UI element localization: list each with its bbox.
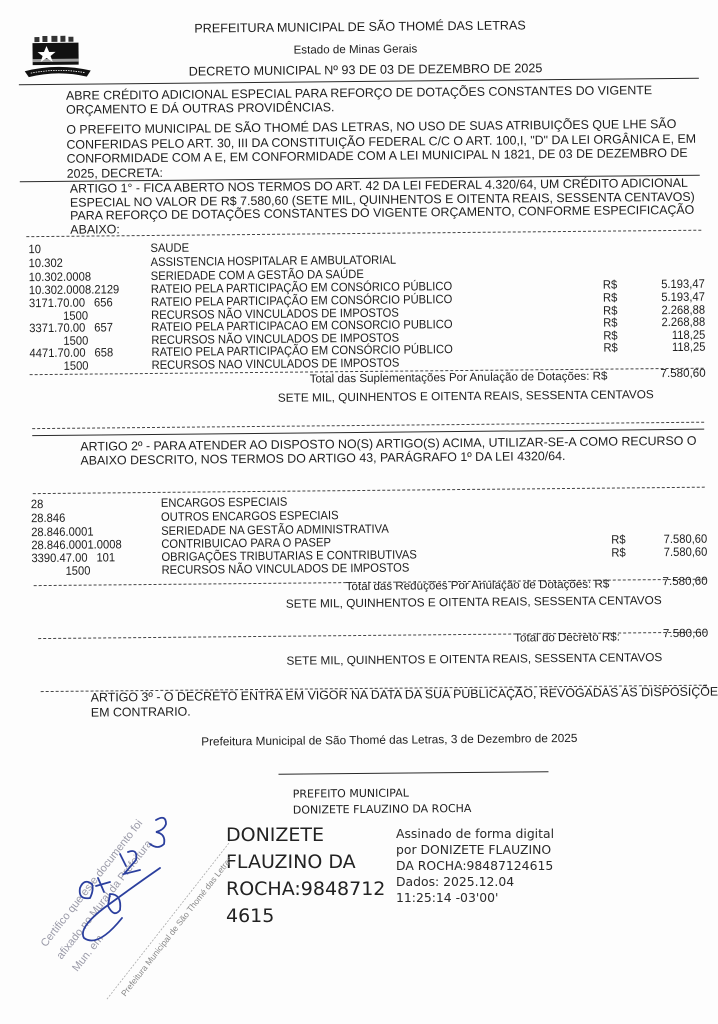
row-currency: R$ [611,545,625,559]
row-description: RECURSOS NÃO VINCULADOS DE IMPOSTOS [161,560,409,576]
supplementation-total-words: SETE MIL, QUINHENTOS E OITENTA REAIS, SE… [278,387,654,405]
row-code: 1500 [63,359,88,373]
article-2-divider [33,487,705,494]
decree-intro: O PREFEITO MUNICIPAL DE SÃO THOMÉ DAS LE… [66,117,696,181]
signature-line [278,771,548,775]
section-divider [32,422,704,429]
article-3-text: ARTIGO 3º - O DECRETO ENTRA EM VIGOR NA … [91,684,718,720]
reduction-total-words: SETE MIL, QUINHENTOS E OITENTA REAIS, SE… [286,593,662,611]
row-code: 10.302 [29,256,63,270]
supplementation-total-label: Total das Suplementações Por Anulação de… [310,370,608,386]
digital-signature-name: DONIZETE FLAUZINO DA ROCHA:9848712 4615 [226,822,385,930]
decree-total-value: 7.580,60 [642,627,708,641]
reduction-total-label: Total das Reduções Por Anulação de Dotaç… [346,578,610,594]
row-code: 1500 [65,563,90,577]
row-code: 28.846.0001 [31,524,93,539]
row-value: 118,25 [645,340,706,355]
row-description: SERIEDADE NA GESTÃO ADMINISTRATIVA [161,521,389,537]
signer-name: DONIZETE FLAUZINO DA ROCHA [293,802,472,817]
row-code: 10.302.0008 [29,269,91,284]
decree-title: DECRETO MUNICIPAL Nº 93 DE 03 DE DEZEMBR… [189,61,543,78]
row-ref: 657 [94,321,113,335]
publication-stamp: Certifico que este documento foi afixado… [10,770,230,1000]
row-ref: 656 [94,295,113,309]
row-code: 10 [28,242,41,256]
supplementation-table: 10SAUDE10.302ASSISTENCIA HOSPITALAR E AM… [0,0,714,3]
place-and-date: Prefeitura Municipal de São Thomé das Le… [201,731,577,749]
signer-role: PREFEITO MUNICIPAL [293,787,409,801]
row-description: ENCARGOS ESPECIAIS [161,495,288,510]
row-ref: 101 [96,550,115,564]
row-description: RECURSOS NAO VINCULADOS DE IMPOSTOS [151,356,399,372]
row-currency: R$ [603,341,617,355]
row-description: SAUDE [150,241,189,255]
coat-of-arms-icon [22,35,92,82]
supplementation-total-value: 7.580,60 [640,367,706,381]
row-code: 28.846 [31,511,65,525]
reduction-total-value: 7.580,60 [642,575,708,589]
row-code: 28 [31,497,44,511]
decree-total-words: SETE MIL, QUINHENTOS E OITENTA REAIS, SE… [286,650,662,668]
reduction-table: 28ENCARGOS ESPECIAIS28.846OUTROS ENCARGO… [0,0,714,3]
decree-summary: ABRE CRÉDITO ADICIONAL ESPECIAL PARA REF… [66,83,652,117]
article-2-text: ARTIGO 2º - PARA ATENDER AO DISPOSTO NO(… [80,434,696,468]
municipality-title: PREFEITURA MUNICIPAL DE SÃO THOMÉ DAS LE… [194,18,526,35]
row-ref: 658 [94,346,113,360]
digital-signature-details: Assinado de forma digital por DONIZETE F… [396,826,554,906]
row-value: 7.580,60 [647,545,708,560]
article-1-text: ARTIGO 1° - FICA ABERTO NOS TERMOS DO AR… [70,177,695,237]
decree-total-label: Total do Decreto R$: [514,631,620,645]
state-name: Estado de Minas Gerais [293,42,417,56]
